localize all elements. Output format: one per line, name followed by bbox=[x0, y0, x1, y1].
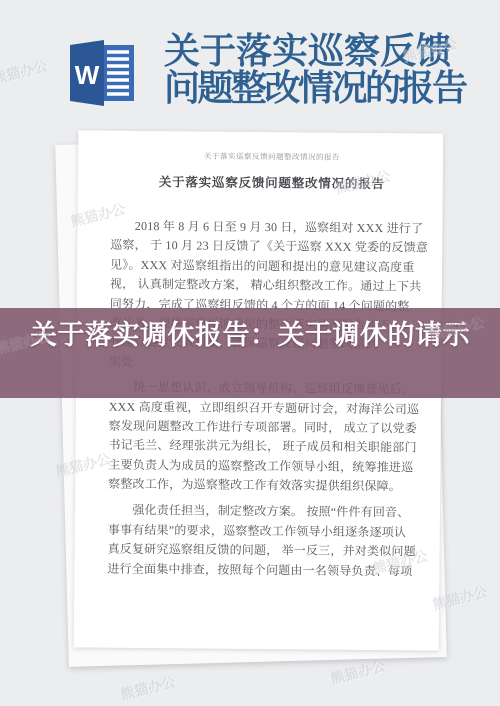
watermark: 熊猫办公 bbox=[118, 672, 177, 705]
banner-overlay[interactable]: 关于落实调休报告：关于调休的请示 bbox=[0, 308, 500, 398]
header-title-line2: 问题整改情况的报告 bbox=[164, 70, 466, 107]
watermark: 熊猫办公 bbox=[328, 656, 387, 689]
banner-title[interactable]: 关于落实调休报告：关于调休的请示 bbox=[0, 319, 500, 351]
doc-line: 强化责任担当，制定整改方案。 按照“件件有回音、 bbox=[108, 501, 430, 523]
word-icon: W bbox=[66, 35, 140, 109]
doc-line: XXX 高度重视，立即组织召开专题研讨会，对海洋公司巡 bbox=[109, 397, 431, 419]
doc-body: 2018 年 8 月 6 日至 9 月 30 日，巡察组对 XXX 进行了巡察，… bbox=[107, 217, 432, 582]
doc-line: 察整改工作，为巡察整改工作有效落实提供组织保障。 bbox=[108, 475, 430, 497]
doc-line: 书记毛兰、经理张洪元为组长， 班子成员和相关职能部门 bbox=[108, 436, 430, 458]
doc-line: 巡察， 于 10 月 23 日反馈了《关于巡察 XXX 党委的反馈意 bbox=[110, 236, 432, 258]
word-w-letter: W bbox=[75, 60, 100, 90]
word-doc-lines bbox=[107, 52, 129, 94]
doc-line: 视， 认真制定整改方案， 精心组织整改工作。通过上下共 bbox=[110, 275, 432, 297]
header: W 关于落实巡察反馈 问题整改情况的报告 bbox=[0, 0, 500, 125]
doc-running-header: 关于落实巡察反馈问题整改情况的报告 bbox=[111, 151, 433, 163]
